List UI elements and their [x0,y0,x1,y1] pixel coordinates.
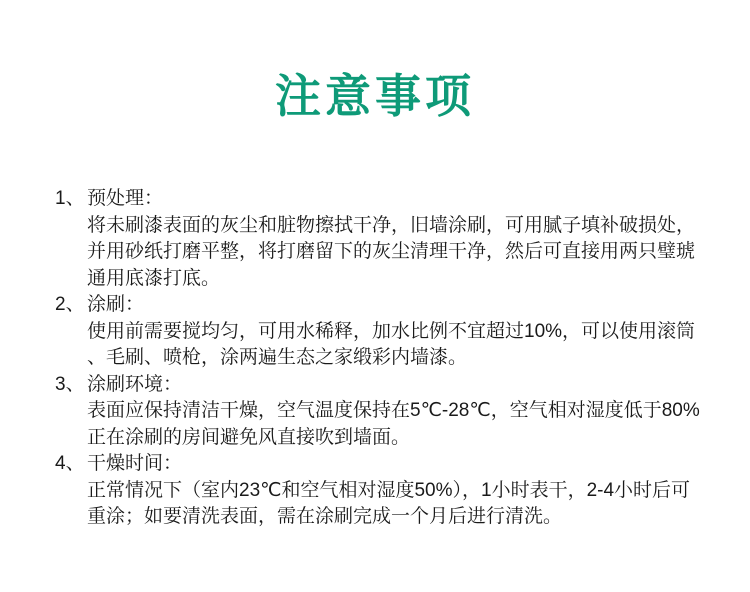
note-heading: 干燥时间： [87,451,182,478]
note-number: 2、 [55,292,87,319]
note-item-pretreatment: 1、 预处理： 将未刷漆表面的灰尘和脏物擦拭干净，旧墙涂刷，可用腻子填补破损处，… [55,186,715,292]
note-text-line: 、毛刷、喷枪，涂两遍生态之家缎彩内墙漆。 [55,345,715,372]
note-number: 4、 [55,451,87,478]
note-heading-line: 2、 涂刷： [55,292,715,319]
note-text-line: 将未刷漆表面的灰尘和脏物擦拭干净，旧墙涂刷，可用腻子填补破损处， [55,213,715,240]
note-item-drying-time: 4、 干燥时间： 正常情况下（室内23℃和空气相对湿度50%），1小时表干，2-… [55,451,715,531]
note-text-line: 通用底漆打底。 [55,266,715,293]
note-heading: 涂刷： [87,292,144,319]
notes-list: 1、 预处理： 将未刷漆表面的灰尘和脏物擦拭干净，旧墙涂刷，可用腻子填补破损处，… [55,186,715,531]
precautions-page: 注意事项 1、 预处理： 将未刷漆表面的灰尘和脏物擦拭干净，旧墙涂刷，可用腻子填… [0,0,750,592]
note-text-line: 正在涂刷的房间避免风直接吹到墙面。 [55,425,715,452]
note-item-painting: 2、 涂刷： 使用前需要搅均匀，可用水稀释，加水比例不宜超过10%，可以使用滚筒… [55,292,715,372]
note-heading: 涂刷环境： [87,372,182,399]
note-text-line: 表面应保持清洁干燥，空气温度保持在5℃-28℃，空气相对湿度低于80% [55,398,715,425]
note-heading-line: 3、 涂刷环境： [55,372,715,399]
page-title: 注意事项 [0,70,750,122]
note-heading-line: 4、 干燥时间： [55,451,715,478]
note-heading: 预处理： [87,186,163,213]
note-number: 3、 [55,372,87,399]
note-text-line: 正常情况下（室内23℃和空气相对湿度50%），1小时表干，2-4小时后可 [55,478,715,505]
note-text-line: 重涂；如要清洗表面，需在涂刷完成一个月后进行清洗。 [55,504,715,531]
note-text-line: 使用前需要搅均匀，可用水稀释，加水比例不宜超过10%，可以使用滚筒 [55,319,715,346]
note-item-environment: 3、 涂刷环境： 表面应保持清洁干燥，空气温度保持在5℃-28℃，空气相对湿度低… [55,372,715,452]
note-text-line: 并用砂纸打磨平整，将打磨留下的灰尘清理干净，然后可直接用两只璧琥 [55,239,715,266]
note-number: 1、 [55,186,87,213]
note-heading-line: 1、 预处理： [55,186,715,213]
